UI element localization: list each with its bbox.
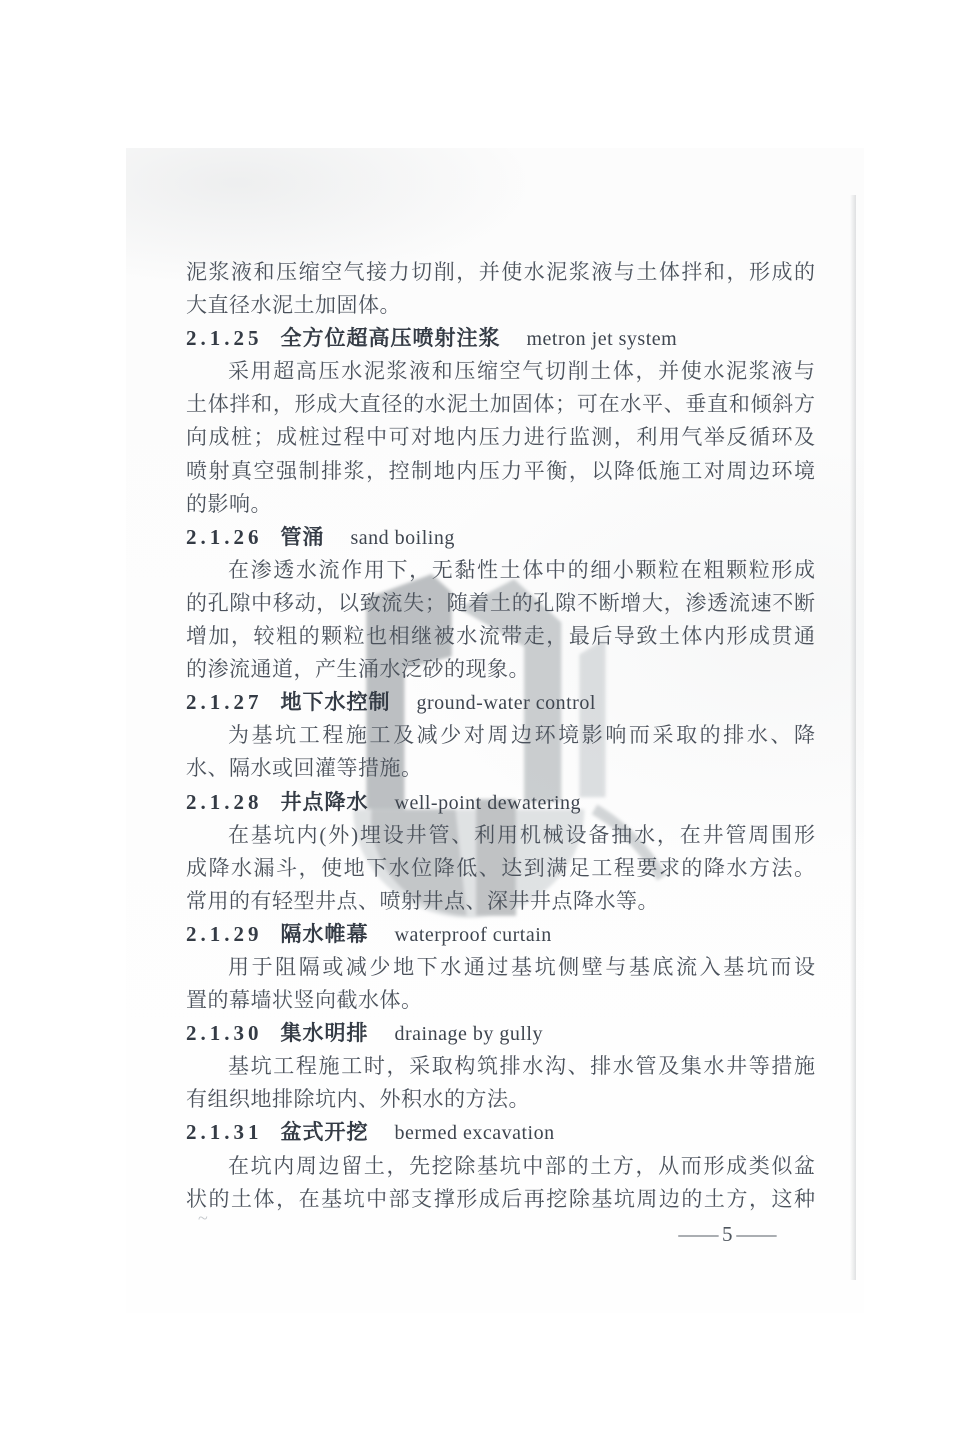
section-number: 2.1.29 xyxy=(186,922,263,946)
body-text-line: 常用的有轻型井点、喷射井点、深井井点降水等。 xyxy=(186,885,815,918)
body-text-line: 大直径水泥土加固体。 xyxy=(186,289,815,322)
term-chinese: 井点降水 xyxy=(281,791,369,814)
body-text-line: 状的土体，在基坑中部支撑形成后再挖除基坑周边的土方，这种 xyxy=(186,1183,815,1216)
term-heading: 2.1.25全方位超高压喷射注浆metron jet system xyxy=(186,322,815,355)
term-english: well-point dewatering xyxy=(395,792,582,814)
section-number: 2.1.31 xyxy=(186,1120,263,1144)
term-heading: 2.1.29隔水帷幕waterproof curtain xyxy=(186,918,815,951)
body-text-line: 有组织地排除坑内、外积水的方法。 xyxy=(186,1083,815,1116)
body-text-line: 增加，较粗的颗粒也相继被水流带走，最后导致土体内形成贯通 xyxy=(186,620,815,653)
body-text-line: 成降水漏斗，使地下水位降低、达到满足工程要求的降水方法。 xyxy=(186,852,815,885)
scan-page-edge xyxy=(850,195,856,1280)
body-text-line: 在渗透水流作用下，无黏性土体中的细小颗粒在粗颗粒形成 xyxy=(186,554,815,587)
body-text-line: 泥浆液和压缩空气接力切削，并使水泥浆液与土体拌和，形成的 xyxy=(186,256,815,289)
term-chinese: 全方位超高压喷射注浆 xyxy=(281,327,501,350)
term-chinese: 盆式开挖 xyxy=(281,1121,369,1144)
body-text-line: 的渗流通道，产生涌水泛砂的现象。 xyxy=(186,653,815,686)
term-heading: 2.1.26管涌sand boiling xyxy=(186,521,815,554)
body-text-line: 土体拌和，形成大直径的水泥土加固体；可在水平、垂直和倾斜方 xyxy=(186,388,815,421)
body-text-line: 向成桩；成桩过程中可对地内压力进行监测，利用气举反循环及 xyxy=(186,421,815,454)
section-number: 2.1.26 xyxy=(186,525,263,549)
body-text-line: 基坑工程施工时，采取构筑排水沟、排水管及集水井等措施 xyxy=(186,1050,815,1083)
body-text-line: 采用超高压水泥浆液和压缩空气切削土体，并使水泥浆液与 xyxy=(186,355,815,388)
term-english: metron jet system xyxy=(527,328,678,350)
body-text-line: 用于阻隔或减少地下水通过基坑侧壁与基底流入基坑而设 xyxy=(186,951,815,984)
term-heading: 2.1.28井点降水well-point dewatering xyxy=(186,786,815,819)
page-footer: — 5 — xyxy=(688,1219,767,1249)
body-text-line: 置的幕墙状竖向截水体。 xyxy=(186,984,815,1017)
footer-dash-right: — xyxy=(736,1222,776,1247)
term-chinese: 隔水帷幕 xyxy=(281,923,369,946)
glossary-text-block: 泥浆液和压缩空气接力切削，并使水泥浆液与土体拌和，形成的大直径水泥土加固体。2.… xyxy=(186,256,815,1216)
term-english: waterproof curtain xyxy=(395,924,552,946)
page-number: 5 xyxy=(722,1222,733,1247)
term-chinese: 地下水控制 xyxy=(281,691,391,714)
term-english: ground-water control xyxy=(417,692,596,714)
body-text-line: 水、隔水或回灌等措施。 xyxy=(186,752,815,785)
body-text-line: 为基坑工程施工及减少对周边环境影响而采取的排水、降 xyxy=(186,719,815,752)
body-text-line: 喷射真空强制排浆，控制地内压力平衡，以降低施工对周边环境 xyxy=(186,455,815,488)
body-text-line: 在基坑内(外)埋设井管、利用机械设备抽水，在井管周围形 xyxy=(186,819,815,852)
term-english: bermed excavation xyxy=(395,1122,555,1144)
term-heading: 2.1.30集水明排drainage by gully xyxy=(186,1017,815,1050)
term-heading: 2.1.31盆式开挖bermed excavation xyxy=(186,1116,815,1149)
term-english: drainage by gully xyxy=(395,1023,543,1045)
footer-dash-left: — xyxy=(679,1222,719,1247)
section-number: 2.1.28 xyxy=(186,790,263,814)
term-chinese: 集水明排 xyxy=(281,1022,369,1045)
term-english: sand boiling xyxy=(351,527,455,549)
body-text-line: 的孔隙中移动，以致流失；随着土的孔隙不断增大，渗透流速不断 xyxy=(186,587,815,620)
section-number: 2.1.30 xyxy=(186,1021,263,1045)
body-text-line: 的影响。 xyxy=(186,488,815,521)
body-text-line: 在坑内周边留土，先挖除基坑中部的土方，从而形成类似盆 xyxy=(186,1150,815,1183)
term-chinese: 管涌 xyxy=(281,526,325,549)
section-number: 2.1.27 xyxy=(186,690,263,714)
term-heading: 2.1.27地下水控制ground-water control xyxy=(186,686,815,719)
section-number: 2.1.25 xyxy=(186,326,263,350)
